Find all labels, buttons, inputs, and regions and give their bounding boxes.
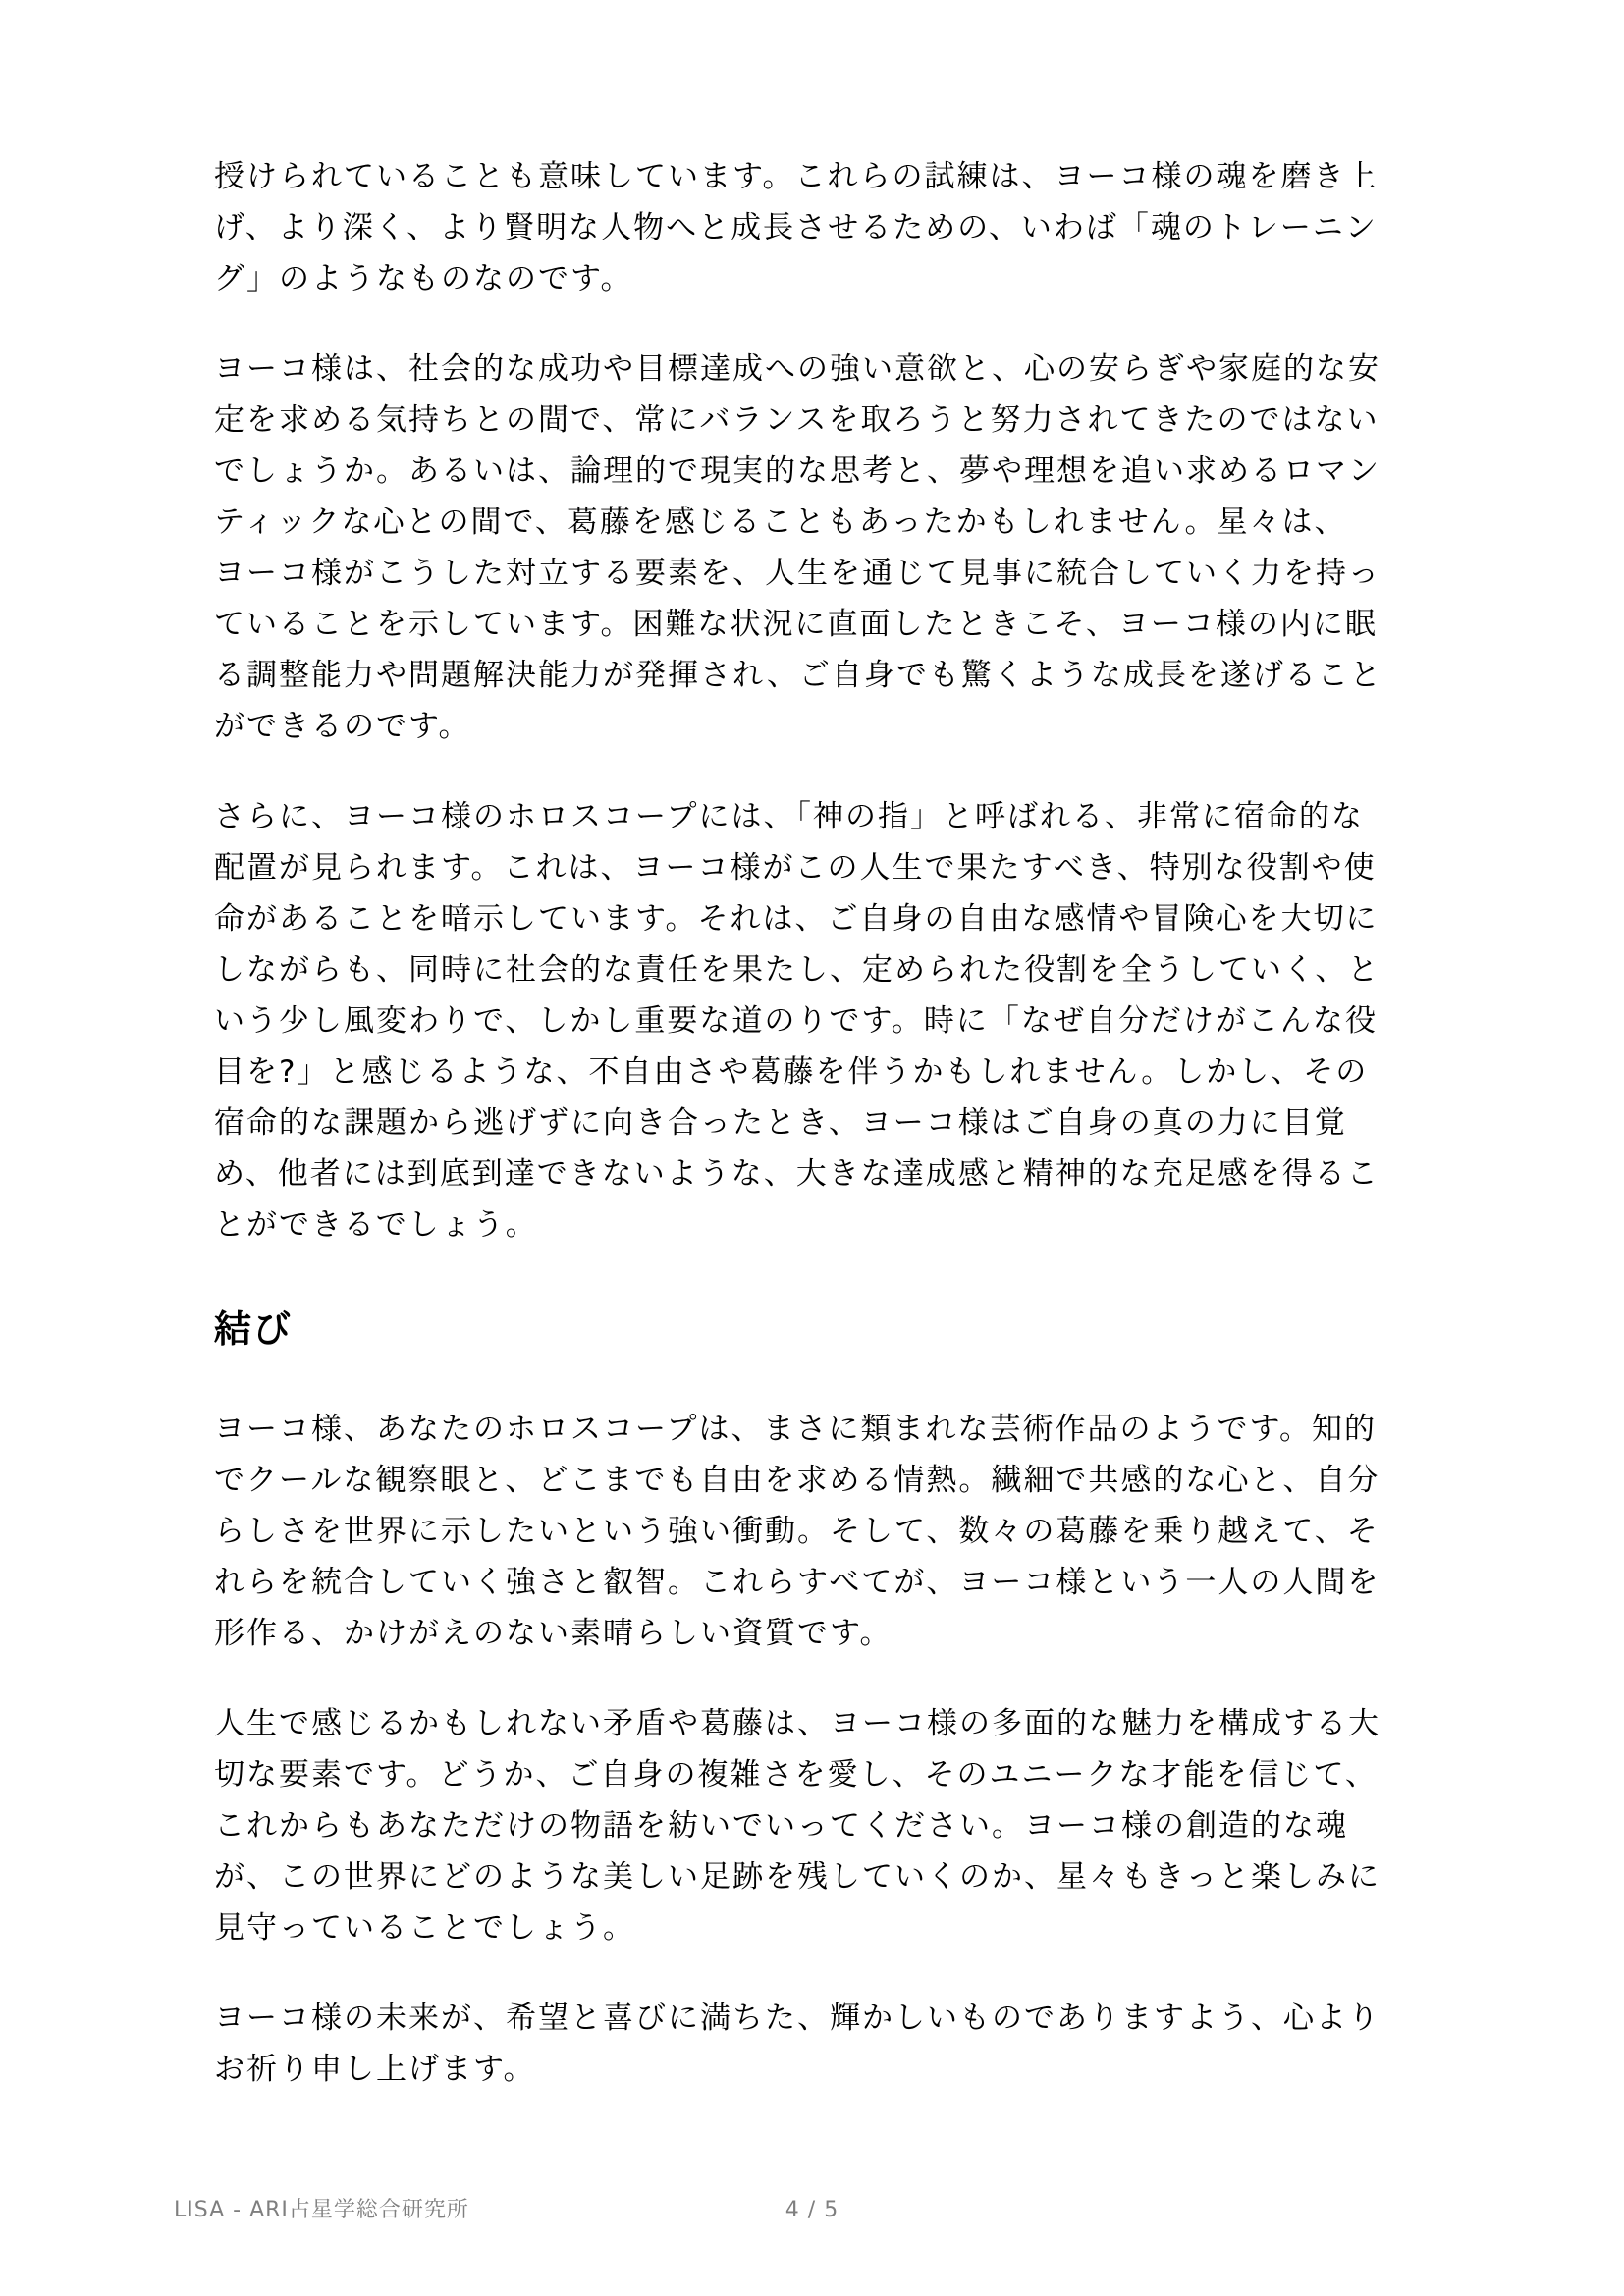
document-content: 授けられていることも意味しています。これらの試練は、ヨーコ様の魂を磨き上 げ、よ… — [0, 0, 1414, 2095]
body-paragraph: 人生で感じるかもしれない矛盾や葛藤は、ヨーコ様の多面的な魅力を構成する大 切な要… — [214, 1698, 1414, 1953]
document-page: 授けられていることも意味しています。これらの試練は、ヨーコ様の魂を磨き上 げ、よ… — [0, 0, 1624, 2296]
body-paragraph: ヨーコ様は、社会的な成功や目標達成への強い意欲と、心の安らぎや家庭的な安 定を求… — [214, 344, 1414, 752]
page-footer: LISA - ARI占星学総合研究所 4 / 5 — [0, 2197, 1624, 2228]
footer-page-number: 4 / 5 — [0, 2197, 1624, 2224]
body-paragraph: 授けられていることも意味しています。これらの試練は、ヨーコ様の魂を磨き上 げ、よ… — [214, 151, 1414, 304]
body-paragraph: さらに、ヨーコ様のホロスコープには、「神の指」と呼ばれる、非常に宿命的な 配置が… — [214, 791, 1414, 1251]
body-paragraph: ヨーコ様の未来が、希望と喜びに満ちた、輝かしいものでありますよう、心より お祈り… — [214, 1993, 1414, 2095]
body-paragraph: ヨーコ様、あなたのホロスコープは、まさに類まれな芸術作品のようです。知的 でクー… — [214, 1404, 1414, 1659]
section-heading: 結び — [214, 1302, 1414, 1357]
